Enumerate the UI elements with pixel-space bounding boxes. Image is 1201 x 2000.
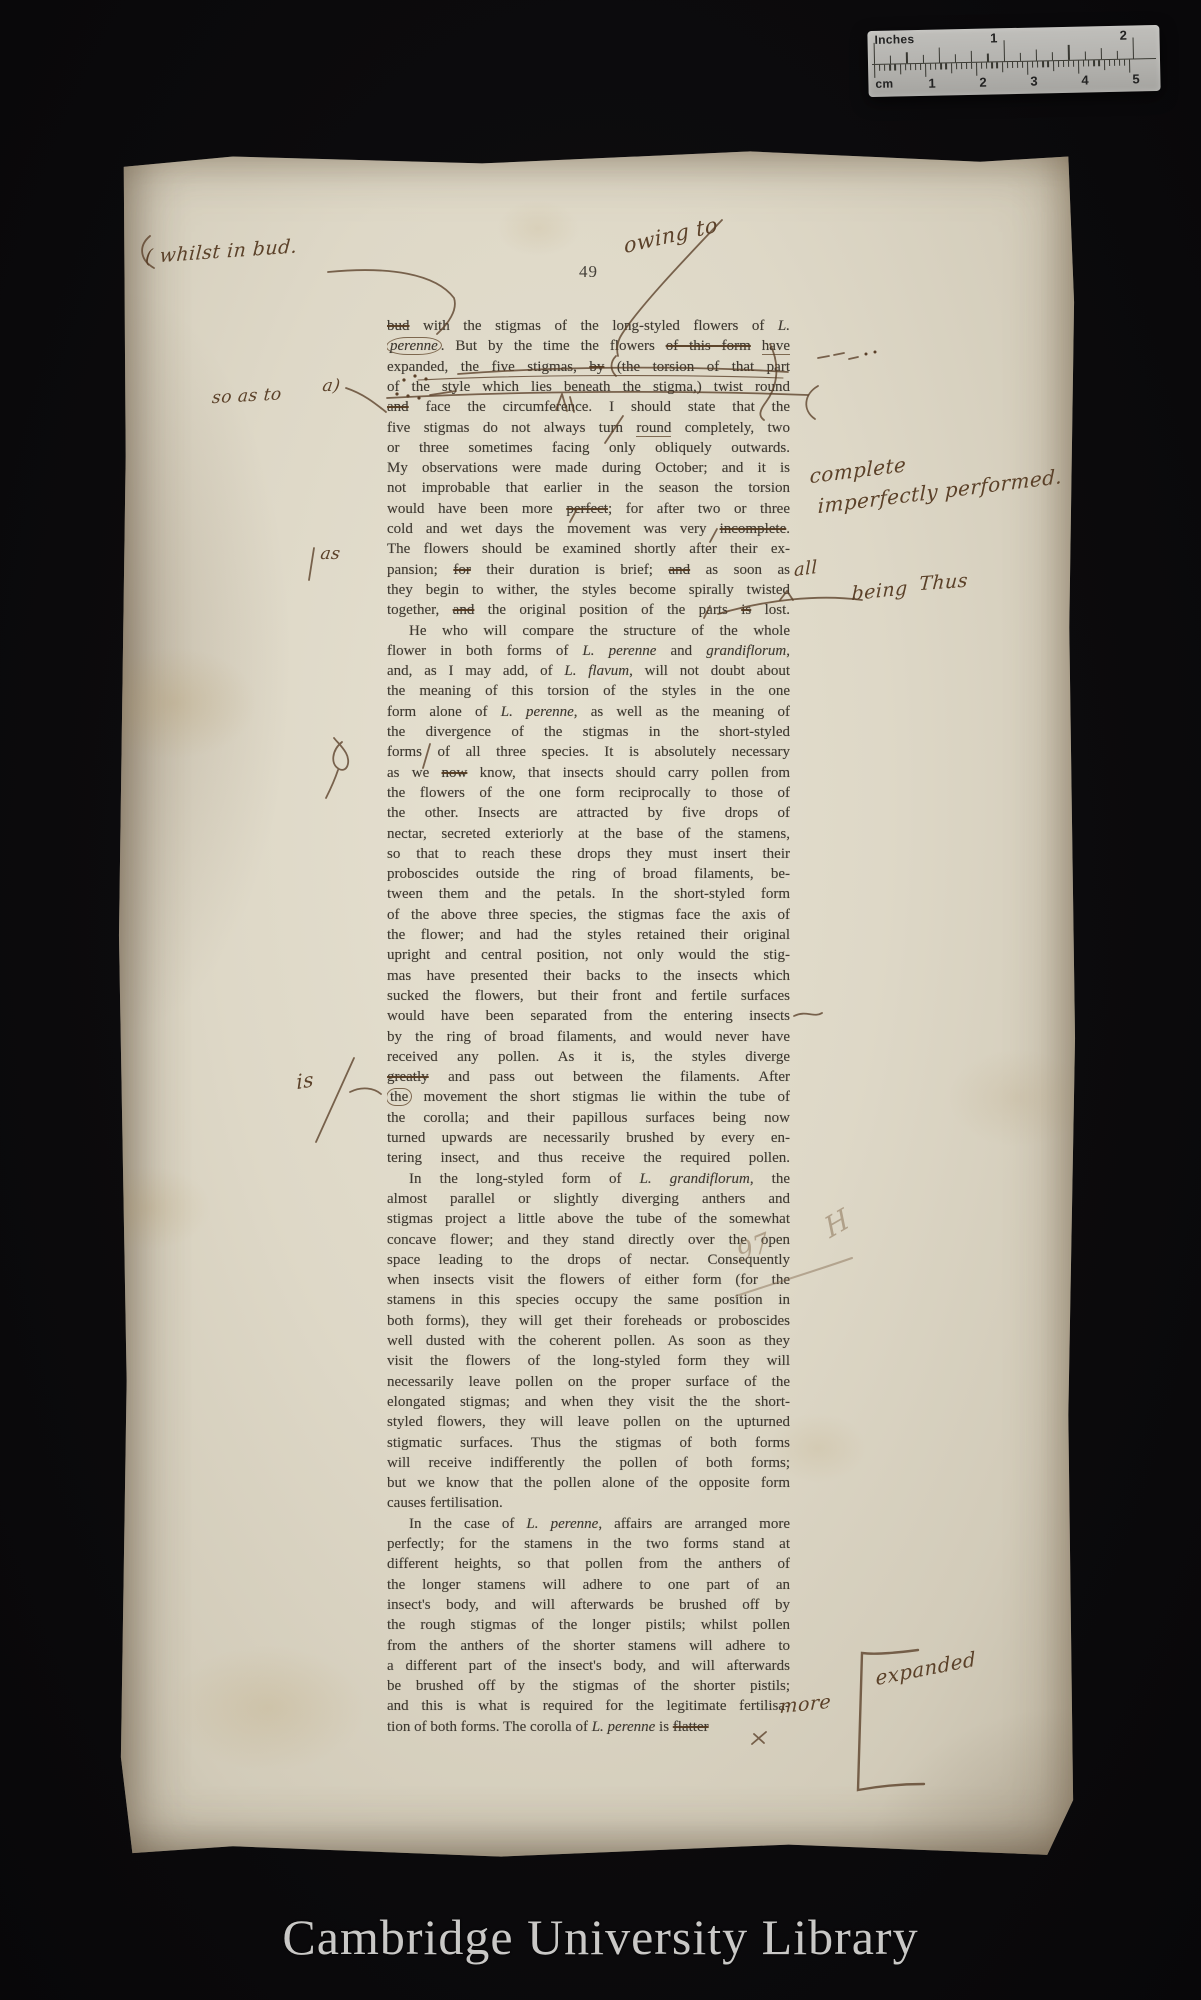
ink-bracket [858, 1650, 924, 1790]
ruler-cm-tick [981, 63, 982, 69]
print-line: causes fertilisation. [387, 1493, 790, 1513]
print-segment: bud [387, 318, 410, 334]
ruler-cm-tick [1093, 60, 1094, 66]
print-line: the flower; and had the styles retained … [387, 925, 790, 945]
print-segment: of the above three species, the stigmas … [387, 907, 790, 923]
ruler: Inches cm 1212345 [867, 25, 1160, 97]
print-segment: be brushed off by the stigmas of the sho… [387, 1678, 790, 1694]
print-segment: space leading to the drops of nectar. Co… [387, 1252, 790, 1268]
print-segment: L. perenne [526, 1516, 598, 1532]
ruler-inch-tick [1020, 53, 1021, 61]
print-segment: not improbable that earlier in the seaso… [387, 480, 790, 496]
ruler-cm-tick [966, 63, 967, 69]
print-line: flower in both forms of L. perenne and g… [387, 641, 790, 661]
print-line: insect's body, and will afterwards be br… [387, 1595, 790, 1615]
print-segment: but we know that the pollen alone of the… [387, 1475, 790, 1491]
print-segment: the longer stamens will adhere to one pa… [387, 1577, 790, 1593]
print-line: and this is what is required for the leg… [387, 1696, 790, 1716]
ruler-cm-tick [945, 63, 946, 69]
print-segment: proboscides outside the ring of broad fi… [387, 866, 790, 882]
ruler-inch-tick [1101, 48, 1103, 59]
print-segment: and [668, 562, 690, 578]
print-segment: now [442, 765, 468, 781]
print-line: so that to reach these drops they must i… [387, 844, 790, 864]
print-segment: is [655, 1719, 673, 1735]
print-segment: and [453, 602, 475, 618]
print-segment: . [786, 521, 790, 537]
print-line: the divergence of the stigmas in the sho… [387, 722, 790, 742]
ruler-cm-tick [956, 63, 957, 69]
print-line: pansion; for their duration is brief; an… [387, 560, 790, 580]
print-segment: lost. [751, 602, 790, 618]
print-segment: grandiflorum [706, 643, 786, 659]
print-segment: , [786, 643, 790, 659]
ruler-cm-tick [1124, 60, 1125, 66]
print-line: the movement the short stigmas lie withi… [387, 1087, 790, 1107]
print-segment: from the anthers of the shorter stamens … [387, 1638, 790, 1654]
print-segment: insect's body, and will afterwards be br… [387, 1597, 790, 1613]
print-segment: upright and central position, not only w… [387, 947, 790, 963]
ink-deleatur [326, 738, 348, 798]
ruler-cm-tick [1109, 60, 1110, 66]
print-segment: movement the short stigmas lie within th… [411, 1089, 790, 1105]
page-number: 49 [387, 262, 790, 282]
print-segment: the divergence of the stigmas in the sho… [387, 724, 790, 740]
ruler-inch-tick [1003, 40, 1005, 61]
print-segment: (the torsion of that part [604, 359, 790, 375]
print-segment: , as well as the meaning of [574, 704, 790, 720]
ruler-inch-tick [1036, 50, 1038, 61]
print-segment: visit the flowers of the long-styled for… [387, 1353, 790, 1369]
print-line: forms of all three species. It is absolu… [387, 742, 790, 762]
ruler-inch-tick [987, 54, 988, 62]
print-line: would have been separated from the enter… [387, 1006, 790, 1026]
print-segment: tering insect, and thus receive the requ… [387, 1150, 790, 1166]
print-line: both forms), they will get their forehea… [387, 1311, 790, 1331]
print-line: or three sometimes facing only obliquely… [387, 438, 790, 458]
ruler-cm-tick [1022, 62, 1023, 68]
ruler-inch-tick [922, 55, 923, 63]
print-line: together, and the original position of t… [387, 600, 790, 620]
print-segment: , will not doubt about [629, 663, 790, 679]
ruler-cm-tick [1007, 62, 1008, 68]
print-segment: perfectly; for the stamens in the two fo… [387, 1536, 790, 1552]
ruler-cm-tick [1037, 61, 1038, 67]
print-segment: flatter [673, 1719, 709, 1735]
print-line: He who will compare the structure of the… [387, 621, 790, 641]
ruler-cm-tick [900, 64, 902, 74]
print-segment: round [636, 420, 671, 437]
print-segment: stigmatic surfaces. Thus the stigmas of … [387, 1435, 790, 1451]
print-line: the longer stamens will adhere to one pa… [387, 1575, 790, 1595]
print-segment: causes fertilisation. [387, 1495, 503, 1511]
ruler-inch-tick [906, 52, 908, 63]
print-line: elongated stigmas; and when they visit t… [387, 1392, 790, 1412]
ruler-cm-tick [1058, 61, 1059, 67]
ruler-cm-number: 2 [979, 75, 987, 90]
print-segment: perenne [387, 337, 442, 355]
ruler-cm-tick [1002, 62, 1004, 72]
ruler-inch-tick [1052, 52, 1053, 60]
print-line: sucked the flowers, but their front and … [387, 986, 790, 1006]
print-line: well dusted with the coherent pollen. As… [387, 1331, 790, 1351]
print-segment: and pass out between the filaments. Afte… [429, 1069, 790, 1085]
print-segment: by the ring of broad filaments, and woul… [387, 1029, 790, 1045]
print-segment: He who will compare the structure of the… [409, 623, 790, 639]
print-line: of the above three species, the stigmas … [387, 905, 790, 925]
ruler-cm-tick [1068, 61, 1069, 67]
print-segment: and this is what is required for the leg… [387, 1698, 790, 1714]
print-segment: , affairs are arranged more [598, 1516, 790, 1532]
print-line: cold and wet days the movement was very … [387, 519, 790, 539]
print-line: be brushed off by the stigmas of the sho… [387, 1676, 790, 1696]
ruler-cm-tick [1017, 62, 1018, 68]
print-segment: the other. Insects are attracted by five… [387, 805, 790, 821]
print-segment: is [741, 602, 751, 618]
note-a-paren: a) [321, 376, 342, 396]
note-whilst-in-bud: ( whilst in bud. [144, 235, 298, 268]
ruler-cm-tick [971, 63, 972, 69]
print-segment: The flowers should be examined shortly a… [387, 541, 790, 557]
print-segment: the original position of the parts [474, 602, 741, 618]
print-segment: L. flavum [564, 663, 629, 679]
print-line: the other. Insects are attracted by five… [387, 803, 790, 823]
ruler-cm-number: 3 [1030, 74, 1038, 89]
ruler-inch-tick [1068, 45, 1070, 60]
print-segment: a different part of the insect's body, a… [387, 1658, 790, 1674]
ruler-cm-tick [889, 65, 890, 71]
note-as: as [319, 544, 342, 564]
ink-margin-curl [806, 386, 818, 419]
print-segment: stamens in this species occupy the same … [387, 1292, 790, 1308]
ruler-cm-tick [1078, 61, 1080, 74]
print-segment: styled flowers, they will leave pollen o… [387, 1414, 790, 1430]
ruler-cm-tick [1012, 62, 1013, 68]
print-segment: received any pollen. As it is, the style… [387, 1049, 790, 1065]
ruler-inch-tick [955, 54, 956, 62]
ruler-inch-tick [890, 56, 891, 64]
print-line: as we now know, that insects should carr… [387, 763, 790, 783]
ruler-cm-tick [940, 64, 941, 70]
print-segment: the rough stigmas of the longer pistils;… [387, 1617, 790, 1633]
print-line: stigmas project a little above the tube … [387, 1209, 790, 1229]
print-segment: L. grandiflorum [640, 1171, 750, 1187]
print-line: almost parallel or slightly diverging an… [387, 1189, 790, 1209]
print-segment: would have been separated from the enter… [387, 1008, 790, 1024]
print-segment: expanded, the five stigmas, [387, 359, 589, 375]
print-line: and face the circumference. I should sta… [387, 397, 790, 417]
print-segment: tween them and the petals. In the short-… [387, 886, 790, 902]
print-segment: by [589, 359, 604, 375]
note-expanded: expanded [875, 1647, 977, 1691]
print-segment: have [762, 338, 790, 355]
print-segment: their duration is brief; [471, 562, 669, 578]
print-segment: incomplete [720, 521, 787, 537]
ruler-cm-tick [1073, 61, 1074, 67]
print-line: greatly and pass out between the filamen… [387, 1067, 790, 1087]
print-line: tion of both forms. The corolla of L. pe… [387, 1717, 790, 1737]
print-line: The flowers should be examined shortly a… [387, 539, 790, 559]
print-segment: know, that insects should carry pollen f… [467, 765, 790, 781]
print-line: the corolla; and their papillous surface… [387, 1108, 790, 1128]
print-line: mas have presented their backs to the in… [387, 966, 790, 986]
print-segment: . But by the time the flowers [441, 338, 666, 354]
print-line: the rough stigmas of the longer pistils;… [387, 1615, 790, 1635]
ruler-cm-tick [986, 63, 987, 69]
ruler-cm-tick [920, 64, 921, 70]
ruler-cm-tick [910, 64, 911, 70]
print-segment: will receive indifferently the pollen of… [387, 1455, 790, 1471]
ruler-cm-tick [930, 64, 931, 70]
ruler-cm-number: 5 [1132, 71, 1140, 86]
ruler-cm-number: 1 [928, 76, 936, 91]
note-all: all [794, 557, 818, 582]
print-line: a different part of the insect's body, a… [387, 1656, 790, 1676]
print-line: space leading to the drops of nectar. Co… [387, 1250, 790, 1270]
ruler-cm-tick [1042, 61, 1043, 67]
print-segment: In the case of [409, 1516, 526, 1532]
note-complete: complete [810, 452, 907, 488]
print-line: concave flower; and they stand directly … [387, 1230, 790, 1250]
ruler-cm-tick [1098, 60, 1099, 66]
print-segment: pansion; [387, 562, 453, 578]
print-segment: with the stigmas of the long-styled flow… [410, 318, 778, 334]
print-segment: sucked the flowers, but their front and … [387, 988, 790, 1004]
print-line: form alone of L. perenne, as well as the… [387, 702, 790, 722]
ruler-inch-tick [971, 51, 973, 62]
print-segment: well dusted with the coherent pollen. As… [387, 1333, 790, 1349]
ruler-cm-tick [1032, 62, 1033, 68]
print-segment: they begin to wither, the styles become … [387, 582, 790, 598]
print-line: In the case of L. perenne, affairs are a… [387, 1514, 790, 1534]
print-line: when insects visit the flowers of either… [387, 1270, 790, 1290]
print-line: necessarily leave pollen on the proper s… [387, 1372, 790, 1392]
ruler-cm-tick [905, 64, 906, 70]
print-segment: of this form [666, 338, 751, 354]
text-block: bud with the stigmas of the long-styled … [387, 316, 790, 1746]
ruler-cm-tick [951, 63, 953, 73]
print-segment: In the long-styled form of [409, 1171, 640, 1187]
note-h-mark: H [820, 1202, 854, 1245]
print-segment: different heights, so that pollen from t… [387, 1556, 790, 1572]
ruler-cm-tick [1083, 61, 1084, 67]
ruler-cm-tick [894, 64, 895, 70]
ruler-cm-tick [996, 62, 997, 68]
print-segment: as we [387, 765, 442, 781]
print-line: In the long-styled form of L. grandiflor… [387, 1169, 790, 1189]
print-segment: together, [387, 602, 453, 618]
ruler-cm-tick [1053, 61, 1055, 71]
print-segment: My observations were made during October… [387, 460, 790, 476]
print-segment: ; for after two or three [608, 501, 790, 517]
print-segment: the flowers of the one form reciprocally… [387, 785, 790, 801]
ruler-cm-tick [991, 62, 992, 68]
ruler-cm-tick [915, 64, 916, 70]
print-segment: elongated stigmas; and when they visit t… [387, 1394, 790, 1410]
note-being: being [851, 577, 908, 605]
print-segment: and [387, 399, 409, 415]
ruler-cm-tick [1047, 61, 1048, 67]
ruler-cm-tick [1027, 62, 1029, 75]
print-segment: for [453, 562, 471, 578]
print-segment: , the [750, 1171, 790, 1187]
print-segment: the meaning of this torsion of the style… [387, 683, 790, 699]
print-segment: perfect [566, 501, 608, 517]
print-segment: of the style which lies beneath the stig… [387, 379, 790, 395]
note-is: is [296, 1067, 314, 1094]
print-line: will receive indifferently the pollen of… [387, 1453, 790, 1473]
ink-a-to-and [346, 388, 386, 412]
print-line: perfectly; for the stamens in the two fo… [387, 1534, 790, 1554]
print-segment [751, 338, 762, 354]
print-line: perenne. But by the time the flowers of … [387, 336, 790, 356]
print-segment: nectar, secreted exteriorly at the base … [387, 826, 790, 842]
ruler-cm-tick [879, 65, 880, 71]
print-segment: form alone of [387, 704, 501, 720]
print-line: proboscides outside the ring of broad fi… [387, 864, 790, 884]
ruler-cm-tick [1129, 60, 1131, 73]
print-line: received any pollen. As it is, the style… [387, 1047, 790, 1067]
ruler-cm-tick [874, 65, 876, 78]
print-line: tering insect, and thus receive the requ… [387, 1148, 790, 1168]
print-segment: mas have presented their backs to the in… [387, 968, 790, 984]
print-line: stamens in this species occupy the same … [387, 1290, 790, 1310]
print-segment: concave flower; and they stand directly … [387, 1232, 790, 1248]
print-segment: face the circumference. I should state t… [409, 399, 790, 415]
print-segment: L. [778, 318, 790, 334]
ruler-cm-tick [1114, 60, 1115, 66]
print-segment: or three sometimes facing only obliquely… [387, 440, 790, 456]
print-line: five stigmas do not always turn round co… [387, 418, 790, 438]
print-segment: would have been more [387, 501, 566, 517]
print-segment: turned upwards are necessarily brushed b… [387, 1130, 790, 1146]
ruler-cm-tick [925, 64, 927, 77]
print-segment: the flower; and had the styles retained … [387, 927, 790, 943]
print-segment: as soon as [690, 562, 790, 578]
ruler-cm-tick [976, 63, 978, 76]
print-segment: both forms), they will get their forehea… [387, 1313, 790, 1329]
print-line: nectar, secreted exteriorly at the base … [387, 824, 790, 844]
print-segment: cold and wet days the movement was very [387, 521, 720, 537]
print-segment: five stigmas do not always turn [387, 420, 636, 436]
print-line: of the style which lies beneath the stig… [387, 377, 790, 397]
ruler-inches-label: Inches [874, 32, 914, 47]
print-line: would have been more perfect; for after … [387, 499, 790, 519]
print-line: they begin to wither, the styles become … [387, 580, 790, 600]
print-segment: stigmas project a little above the tube … [387, 1211, 790, 1227]
print-segment: so that to reach these drops they must i… [387, 846, 790, 862]
library-caption: Cambridge University Library [0, 1908, 1201, 1966]
print-line: from the anthers of the shorter stamens … [387, 1636, 790, 1656]
ruler-cm-tick [935, 64, 936, 70]
ruler-cm-tick [961, 63, 962, 69]
print-line: expanded, the five stigmas, by (the tors… [387, 357, 790, 377]
print-segment: and [656, 643, 706, 659]
print-segment: when insects visit the flowers of either… [387, 1272, 790, 1288]
note-imperfectly-performed: imperfectly performed. [818, 464, 1063, 518]
print-segment: greatly [387, 1069, 429, 1085]
ruler-inch-tick [938, 48, 940, 63]
ruler-cm-tick [1119, 60, 1120, 66]
print-line: the meaning of this torsion of the style… [387, 681, 790, 701]
note-thus: Thus [918, 570, 968, 596]
print-segment: flower in both forms of [387, 643, 582, 659]
print-segment: completely, two [671, 420, 790, 436]
print-segment: the [387, 1088, 412, 1106]
ruler-inch-tick [1117, 51, 1118, 59]
ruler-cm-tick [1063, 61, 1064, 67]
note-owing-to: owing to [623, 212, 719, 258]
print-line: styled flowers, they will leave pollen o… [387, 1412, 790, 1432]
print-line: stigmatic surfaces. Thus the stigmas of … [387, 1433, 790, 1453]
ink-as-bar [309, 548, 314, 580]
ruler-cm-tick [1104, 60, 1106, 70]
print-line: the flowers of the one form reciprocally… [387, 783, 790, 803]
print-line: turned upwards are necessarily brushed b… [387, 1128, 790, 1148]
print-line: tween them and the petals. In the short-… [387, 884, 790, 904]
print-segment: tion of both forms. The corolla of [387, 1719, 592, 1735]
print-segment: the corolla; and their papillous surface… [387, 1110, 790, 1126]
print-line: My observations were made during October… [387, 458, 790, 478]
ruler-inch-tick [1084, 51, 1085, 59]
manuscript-page: 49 bud with the stigmas of the long-styl… [118, 148, 1076, 1860]
print-line: but we know that the pollen alone of the… [387, 1473, 790, 1493]
print-segment: L. perenne [592, 1719, 656, 1735]
print-segment: L. perenne [582, 643, 656, 659]
print-line: different heights, so that pollen from t… [387, 1554, 790, 1574]
print-line: by the ring of broad filaments, and woul… [387, 1027, 790, 1047]
ruler-cm-label: cm [875, 77, 893, 91]
print-line: visit the flowers of the long-styled for… [387, 1351, 790, 1371]
print-segment: almost parallel or slightly diverging an… [387, 1191, 790, 1207]
ruler-cm-tick [1088, 60, 1089, 66]
print-segment: necessarily leave pollen on the proper s… [387, 1374, 790, 1390]
print-line: and, as I may add, of L. flavum, will no… [387, 661, 790, 681]
print-line: bud with the stigmas of the long-styled … [387, 316, 790, 336]
ink-is-slash [316, 1058, 354, 1142]
note-so-as-to: so as to [211, 384, 282, 408]
ruler-inch-number: 1 [990, 30, 998, 45]
ruler-inch-number: 2 [1120, 28, 1128, 43]
print-segment: L. perenne [501, 704, 574, 720]
ruler-cm-tick [884, 65, 885, 71]
ruler-inch-tick [1133, 37, 1135, 58]
print-segment: and, as I may add, of [387, 663, 564, 679]
print-line: not improbable that earlier in the seaso… [387, 478, 790, 498]
print-line: upright and central position, not only w… [387, 945, 790, 965]
ruler-cm-number: 4 [1081, 72, 1089, 87]
print-segment: forms of all three species. It is absolu… [387, 744, 790, 760]
